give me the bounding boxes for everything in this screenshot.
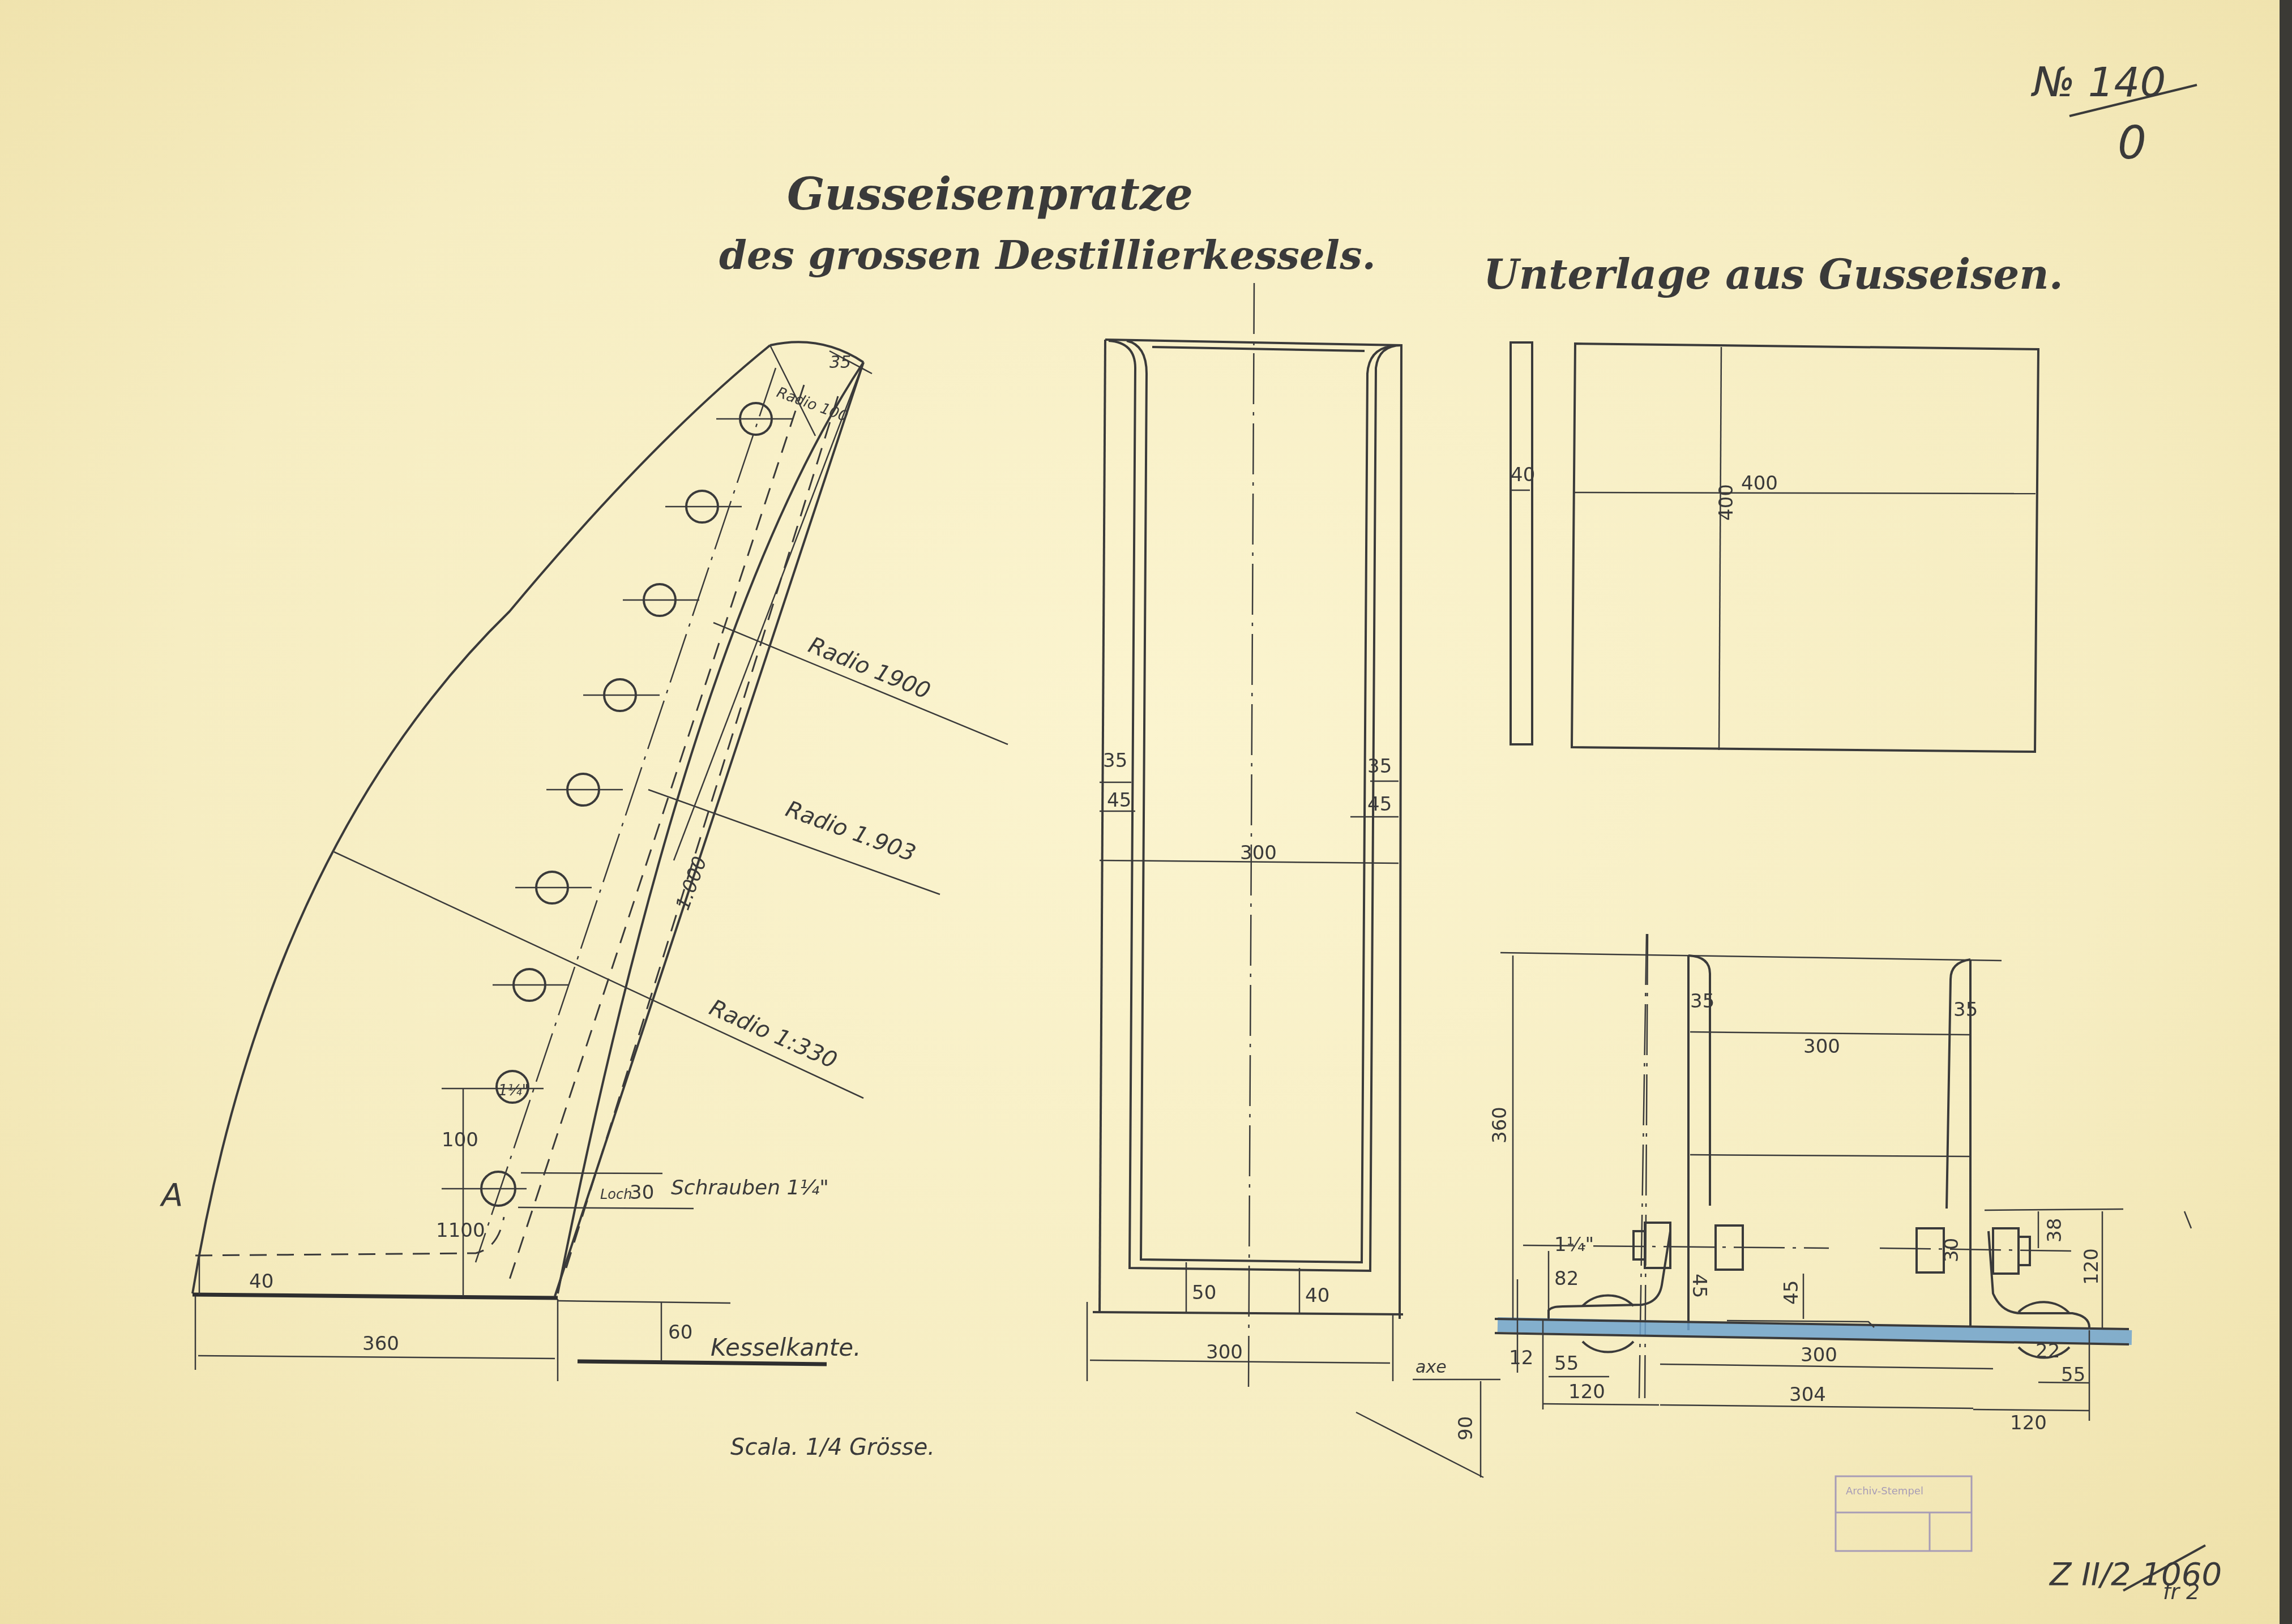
title-left-line2: des grossen Destillierkessels. [719,232,1376,278]
sheet-number-sub: 0 [2118,117,2146,169]
dim-right-bolt-height: 38 [2043,1218,2066,1242]
dim-bolt-spacing: 30 [1940,1238,1963,1262]
dim-plate-height: 400 [1715,484,1738,521]
scale-label: Scala. 1/4 Grösse. [730,1434,935,1460]
dim-flange-outer-left: 35 [1103,749,1127,772]
dim-flange-outer-right: 35 [1367,755,1392,778]
dim-bolt-30: 30 [630,1181,654,1204]
dim-base-width-360: 360 [362,1332,399,1355]
dim-axis-90: 90 [1455,1416,1477,1441]
hole-label: Loch [600,1186,632,1202]
bolt-size-mark: 1¼" [498,1082,529,1099]
base-plate: 40 400 400 [1511,342,2038,752]
archive-ref-sub: fr 2 [2163,1579,2200,1604]
sheet-number: № 140 0 [2030,58,2197,169]
dim-right-offset: 55 [2061,1364,2085,1386]
dim-flange-inner-right: 45 [1367,793,1392,816]
dim-center-span: 300 [1801,1344,1837,1366]
dim-plate-12: 12 [1509,1347,1533,1369]
dim-flange-left: 35 [1690,990,1714,1013]
dim-base-height: 45 [1780,1280,1803,1305]
dim-bolt-size: 1¼" [1554,1233,1594,1256]
dim-kettle-60: 60 [668,1321,692,1344]
dim-hole-pitch: 100 [442,1129,478,1151]
dim-left-foot: 120 [1568,1381,1605,1403]
dim-base-left-50: 50 [1192,1282,1216,1304]
dim-length-1000: 1.000 [672,854,712,913]
dim-washer-gap: 45 [1688,1274,1711,1298]
dim-hole-dia: 22 [2036,1340,2060,1362]
dim-flange-right: 35 [1953,999,1978,1021]
label-a: A [160,1177,183,1214]
dim-inner-span: 300 [1803,1035,1840,1058]
sheet-number-label: № 140 [2030,58,2166,106]
radius-1903-label: Radio 1.903 [782,796,920,867]
archive-reference: Z II/2 1060 fr 2 [2049,1545,2222,1604]
dim-right-height: 120 [2080,1248,2103,1285]
axis-label: axe [1416,1357,1447,1377]
bolt-label: Schrauben 1¼" [671,1176,829,1199]
dim-left-offset: 55 [1554,1352,1579,1375]
stamp-text: Archiv-Stempel [1846,1485,1923,1497]
dim-top-35: 35 [829,353,851,372]
bracket-front-view: 35 45 35 45 300 50 40 300 axe 90 [1087,283,1500,1477]
bolt-holes [442,403,793,1206]
dim-bolt-height: 82 [1554,1267,1579,1290]
kettle-edge-label: Kesselkante. [711,1334,861,1361]
dim-base-right-40: 40 [1305,1284,1329,1307]
dim-1100: 1100 [436,1219,485,1242]
title-left-line1: Gusseisenpratze [787,169,1193,220]
dim-inner-width: 300 [1240,842,1277,864]
dim-plate-thickness: 40 [1511,464,1535,486]
dim-right-foot: 120 [2010,1412,2047,1434]
title-right: Unterlage aus Gusseisen. [1483,250,2063,298]
dim-flange-inner-left: 45 [1107,789,1131,812]
dim-base-40: 40 [249,1270,273,1293]
dim-overall-300: 300 [1206,1341,1243,1364]
archive-stamp: Archiv-Stempel [1836,1476,1972,1551]
dim-plate-width: 400 [1741,472,1778,495]
assembly-section: 300 35 35 [1489,934,2191,1434]
dim-total-span: 304 [1789,1383,1826,1406]
drawing-sheet: № 140 0 Gusseisenpratze des grossen Dest… [0,0,2292,1624]
dim-total-height: 360 [1489,1107,1511,1143]
bracket-side-view: 1¼" 35 Radio 100 Radio 1900 Radio 1.903 … [160,342,1008,1460]
technical-drawing: № 140 0 Gusseisenpratze des grossen Dest… [0,0,2292,1624]
